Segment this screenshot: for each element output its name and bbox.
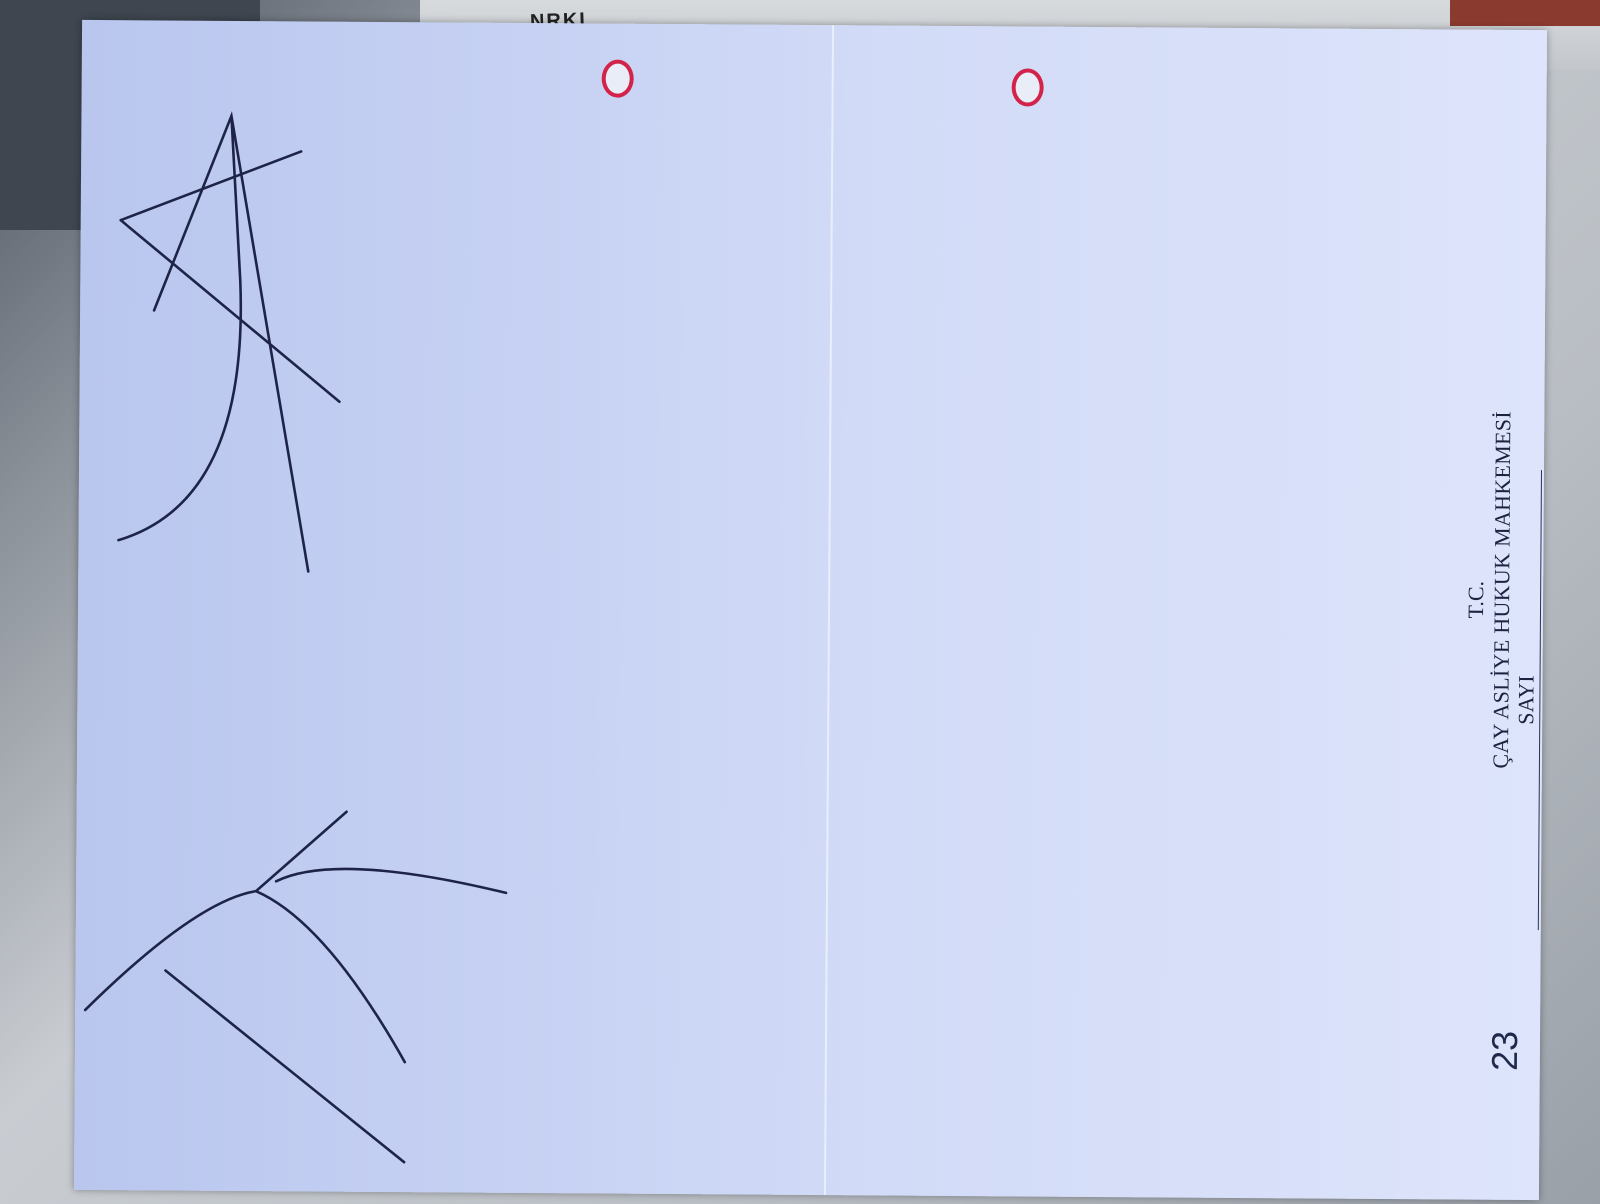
signature-icon xyxy=(74,20,1547,1200)
field-label: ESAS NO xyxy=(1541,915,1547,1120)
punch-hole-icon xyxy=(602,60,634,98)
document-heading: T.C. ÇAY ASLİYE HUKUK MAHKEMESİ SAYI xyxy=(1459,60,1544,1121)
document-sheet: 23 T.C. ÇAY ASLİYE HUKUK MAHKEMESİ SAYI … xyxy=(74,20,1547,1200)
court-decision-page: T.C. ÇAY ASLİYE HUKUK MAHKEMESİ SAYI ESA… xyxy=(1459,60,1547,1129)
punch-hole-icon xyxy=(1012,68,1044,106)
heading-sayi: SAYI xyxy=(1512,470,1542,930)
paper-fold-line xyxy=(824,25,834,1195)
backdrop-red-object xyxy=(1450,0,1600,26)
